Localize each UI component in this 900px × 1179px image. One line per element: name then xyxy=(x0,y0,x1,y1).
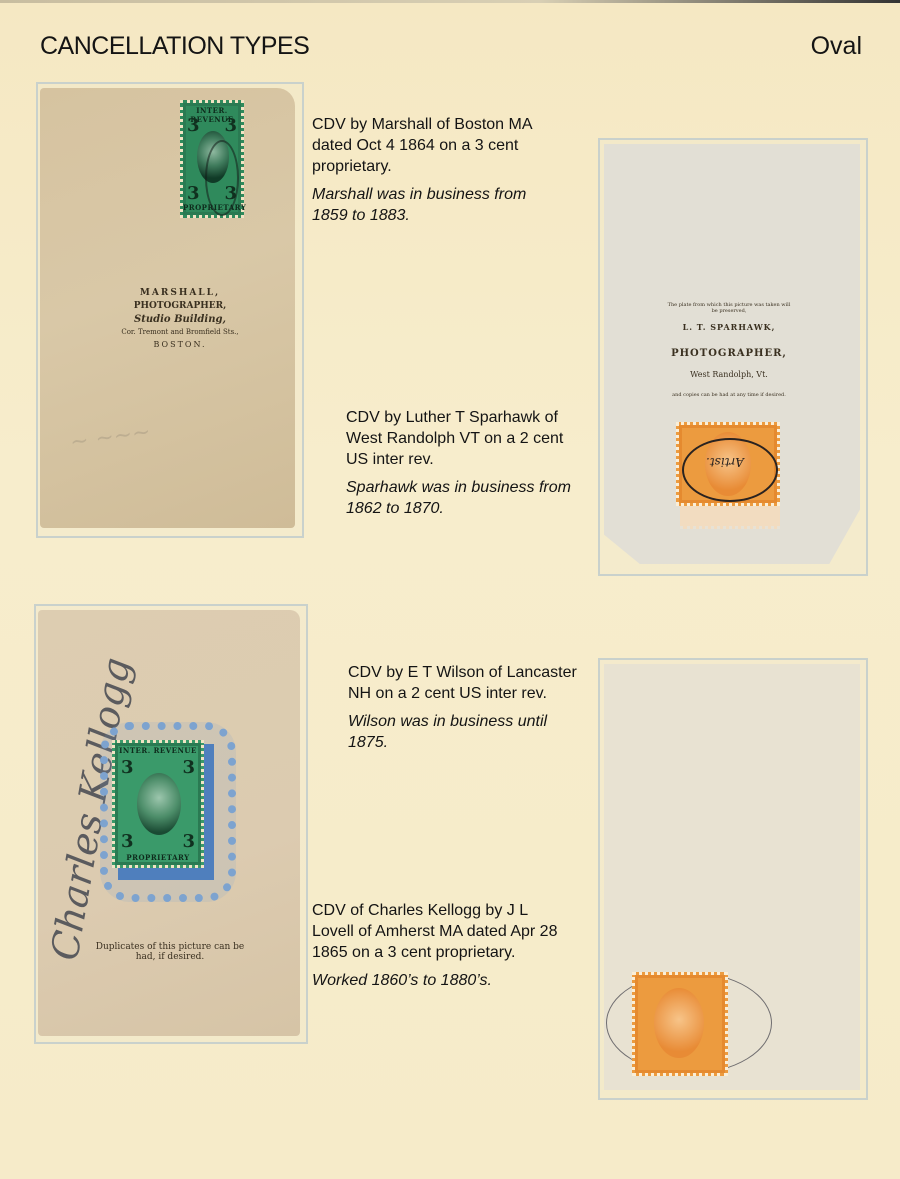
stamp-denomination: 3 xyxy=(224,115,237,136)
duplicates-imprint: Duplicates of this picture can be had, i… xyxy=(80,942,260,962)
washington-portrait xyxy=(137,773,181,835)
description-sparhawk: CDV by Luther T Sparhawk of West Randolp… xyxy=(346,407,586,519)
business-note: Worked 1860’s to 1880’s. xyxy=(312,970,562,991)
stamp-denomination: 3 xyxy=(187,183,200,204)
cancel-text: Artist. xyxy=(706,455,744,469)
photographer-imprint: MARSHALL, PHOTOGRAPHER, Studio Building,… xyxy=(90,288,270,349)
business-note: Wilson was in business until 1875. xyxy=(348,711,588,753)
oval-cancel-mark xyxy=(205,140,239,216)
business-note: Sparhawk was in business from 1862 to 18… xyxy=(346,477,586,519)
stamp-denomination: 3 xyxy=(121,757,134,778)
lincoln-portrait xyxy=(654,988,704,1058)
description-text: CDV by E T Wilson of Lancaster NH on a 2… xyxy=(348,662,588,704)
page-edge xyxy=(0,0,900,3)
cancel-type-label: Oval xyxy=(811,32,862,61)
sparhawk-circular-imprint: The plate from which this picture was ta… xyxy=(664,300,794,410)
description-wilson: CDV by E T Wilson of Lancaster NH on a 2… xyxy=(348,662,588,753)
stamp-denomination: 3 xyxy=(121,831,134,852)
stamp-top-text: INTER. REVENUE xyxy=(115,746,201,755)
stamp-bottom-text: PROPRIETARY xyxy=(115,853,201,862)
stamp-denomination: 3 xyxy=(187,115,200,136)
description-text: CDV by Marshall of Boston MA dated Oct 4… xyxy=(312,114,552,177)
description-kellogg: CDV of Charles Kellogg by J L Lovell of … xyxy=(312,900,562,991)
page-title: CANCELLATION TYPES xyxy=(40,32,309,61)
oval-cancel-mark xyxy=(682,438,778,502)
stamp-3-cent-proprietary: INTER. REVENUE 3 3 3 3 PROPRIETARY xyxy=(112,740,204,868)
stamp-denomination: 3 xyxy=(182,831,195,852)
business-note: Marshall was in business from 1859 to 18… xyxy=(312,184,552,226)
stamp-denomination: 3 xyxy=(182,757,195,778)
description-marshall: CDV by Marshall of Boston MA dated Oct 4… xyxy=(312,114,552,226)
stamp-selvage xyxy=(680,506,780,529)
description-text: CDV of Charles Kellogg by J L Lovell of … xyxy=(312,900,562,963)
description-text: CDV by Luther T Sparhawk of West Randolp… xyxy=(346,407,586,470)
